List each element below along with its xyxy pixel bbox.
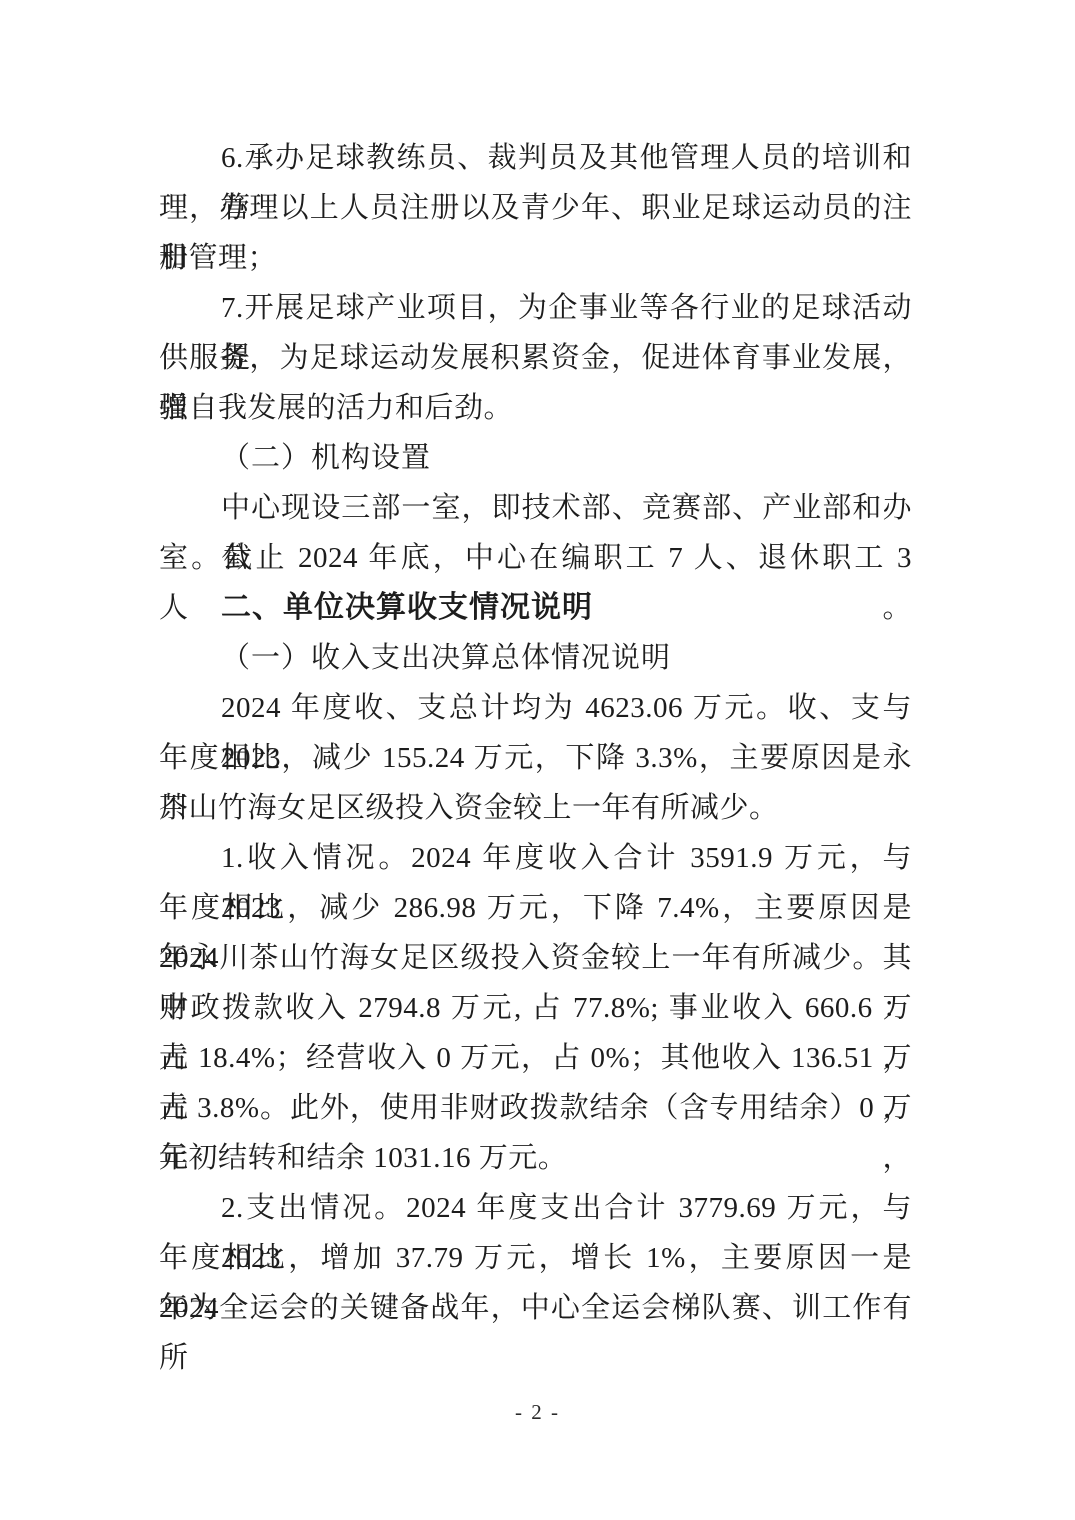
text-line: 强自我发展的活力和后劲。 (159, 383, 912, 433)
text-line: 年度相比，增加 37.79 万元，增长 1%，主要原因一是 2024 (159, 1233, 912, 1283)
text-line: 年为全运会的关键备战年，中心全运会梯队赛、训工作有所 (159, 1283, 912, 1333)
text-line: 年度相比，减少 286.98 万元，下降 7.4%，主要原因是 2024 (159, 883, 912, 933)
text-line: 室。截止 2024 年底，中心在编职工 7 人、退休职工 3 人。 (159, 533, 912, 583)
document-page: 6.承办足球教练员、裁判员及其他管理人员的培训和管理，办理以上人员注册以及青少年… (0, 0, 1075, 1520)
text-line: 占 3.8%。此外，使用非财政拨款结余（含专用结余）0 万元， (159, 1083, 912, 1133)
text-line: 供服务，为足球运动发展积累资金，促进体育事业发展，增 (159, 333, 912, 383)
text-line: 1.收入情况。2024 年度收入合计 3591.9 万元，与 2023 (159, 833, 912, 883)
page-number: - 2 - (0, 1400, 1075, 1425)
text-line: 6.承办足球教练员、裁判员及其他管理人员的培训和管 (159, 133, 912, 183)
text-line: 中心现设三部一室，即技术部、竞赛部、产业部和办公 (159, 483, 912, 533)
text-line: 年度相比，减少 155.24 万元，下降 3.3%，主要原因是永川 (159, 733, 912, 783)
text-line: 理，办理以上人员注册以及青少年、职业足球运动员的注册 (159, 183, 912, 233)
text-line: 2.支出情况。2024 年度支出合计 3779.69 万元，与 2023 (159, 1183, 912, 1233)
text-line: 财政拨款收入 2794.8 万元, 占 77.8%; 事业收入 660.6 万元… (159, 983, 912, 1033)
text-line: 和管理； (159, 233, 912, 283)
text-line: 年永川茶山竹海女足区级投入资金较上一年有所减少。其中： (159, 933, 912, 983)
text-line: （二）机构设置 (159, 433, 912, 483)
text-line: 2024 年度收、支总计均为 4623.06 万元。收、支与 2023 (159, 683, 912, 733)
text-line: （一）收入支出决算总体情况说明 (159, 633, 912, 683)
text-line: 占 18.4%；经营收入 0 万元，占 0%；其他收入 136.51 万元， (159, 1033, 912, 1083)
text-line: 7.开展足球产业项目，为企事业等各行业的足球活动提 (159, 283, 912, 333)
text-line: 茶山竹海女足区级投入资金较上一年有所减少。 (159, 783, 912, 833)
document-text-area: 6.承办足球教练员、裁判员及其他管理人员的培训和管理，办理以上人员注册以及青少年… (159, 133, 912, 1333)
